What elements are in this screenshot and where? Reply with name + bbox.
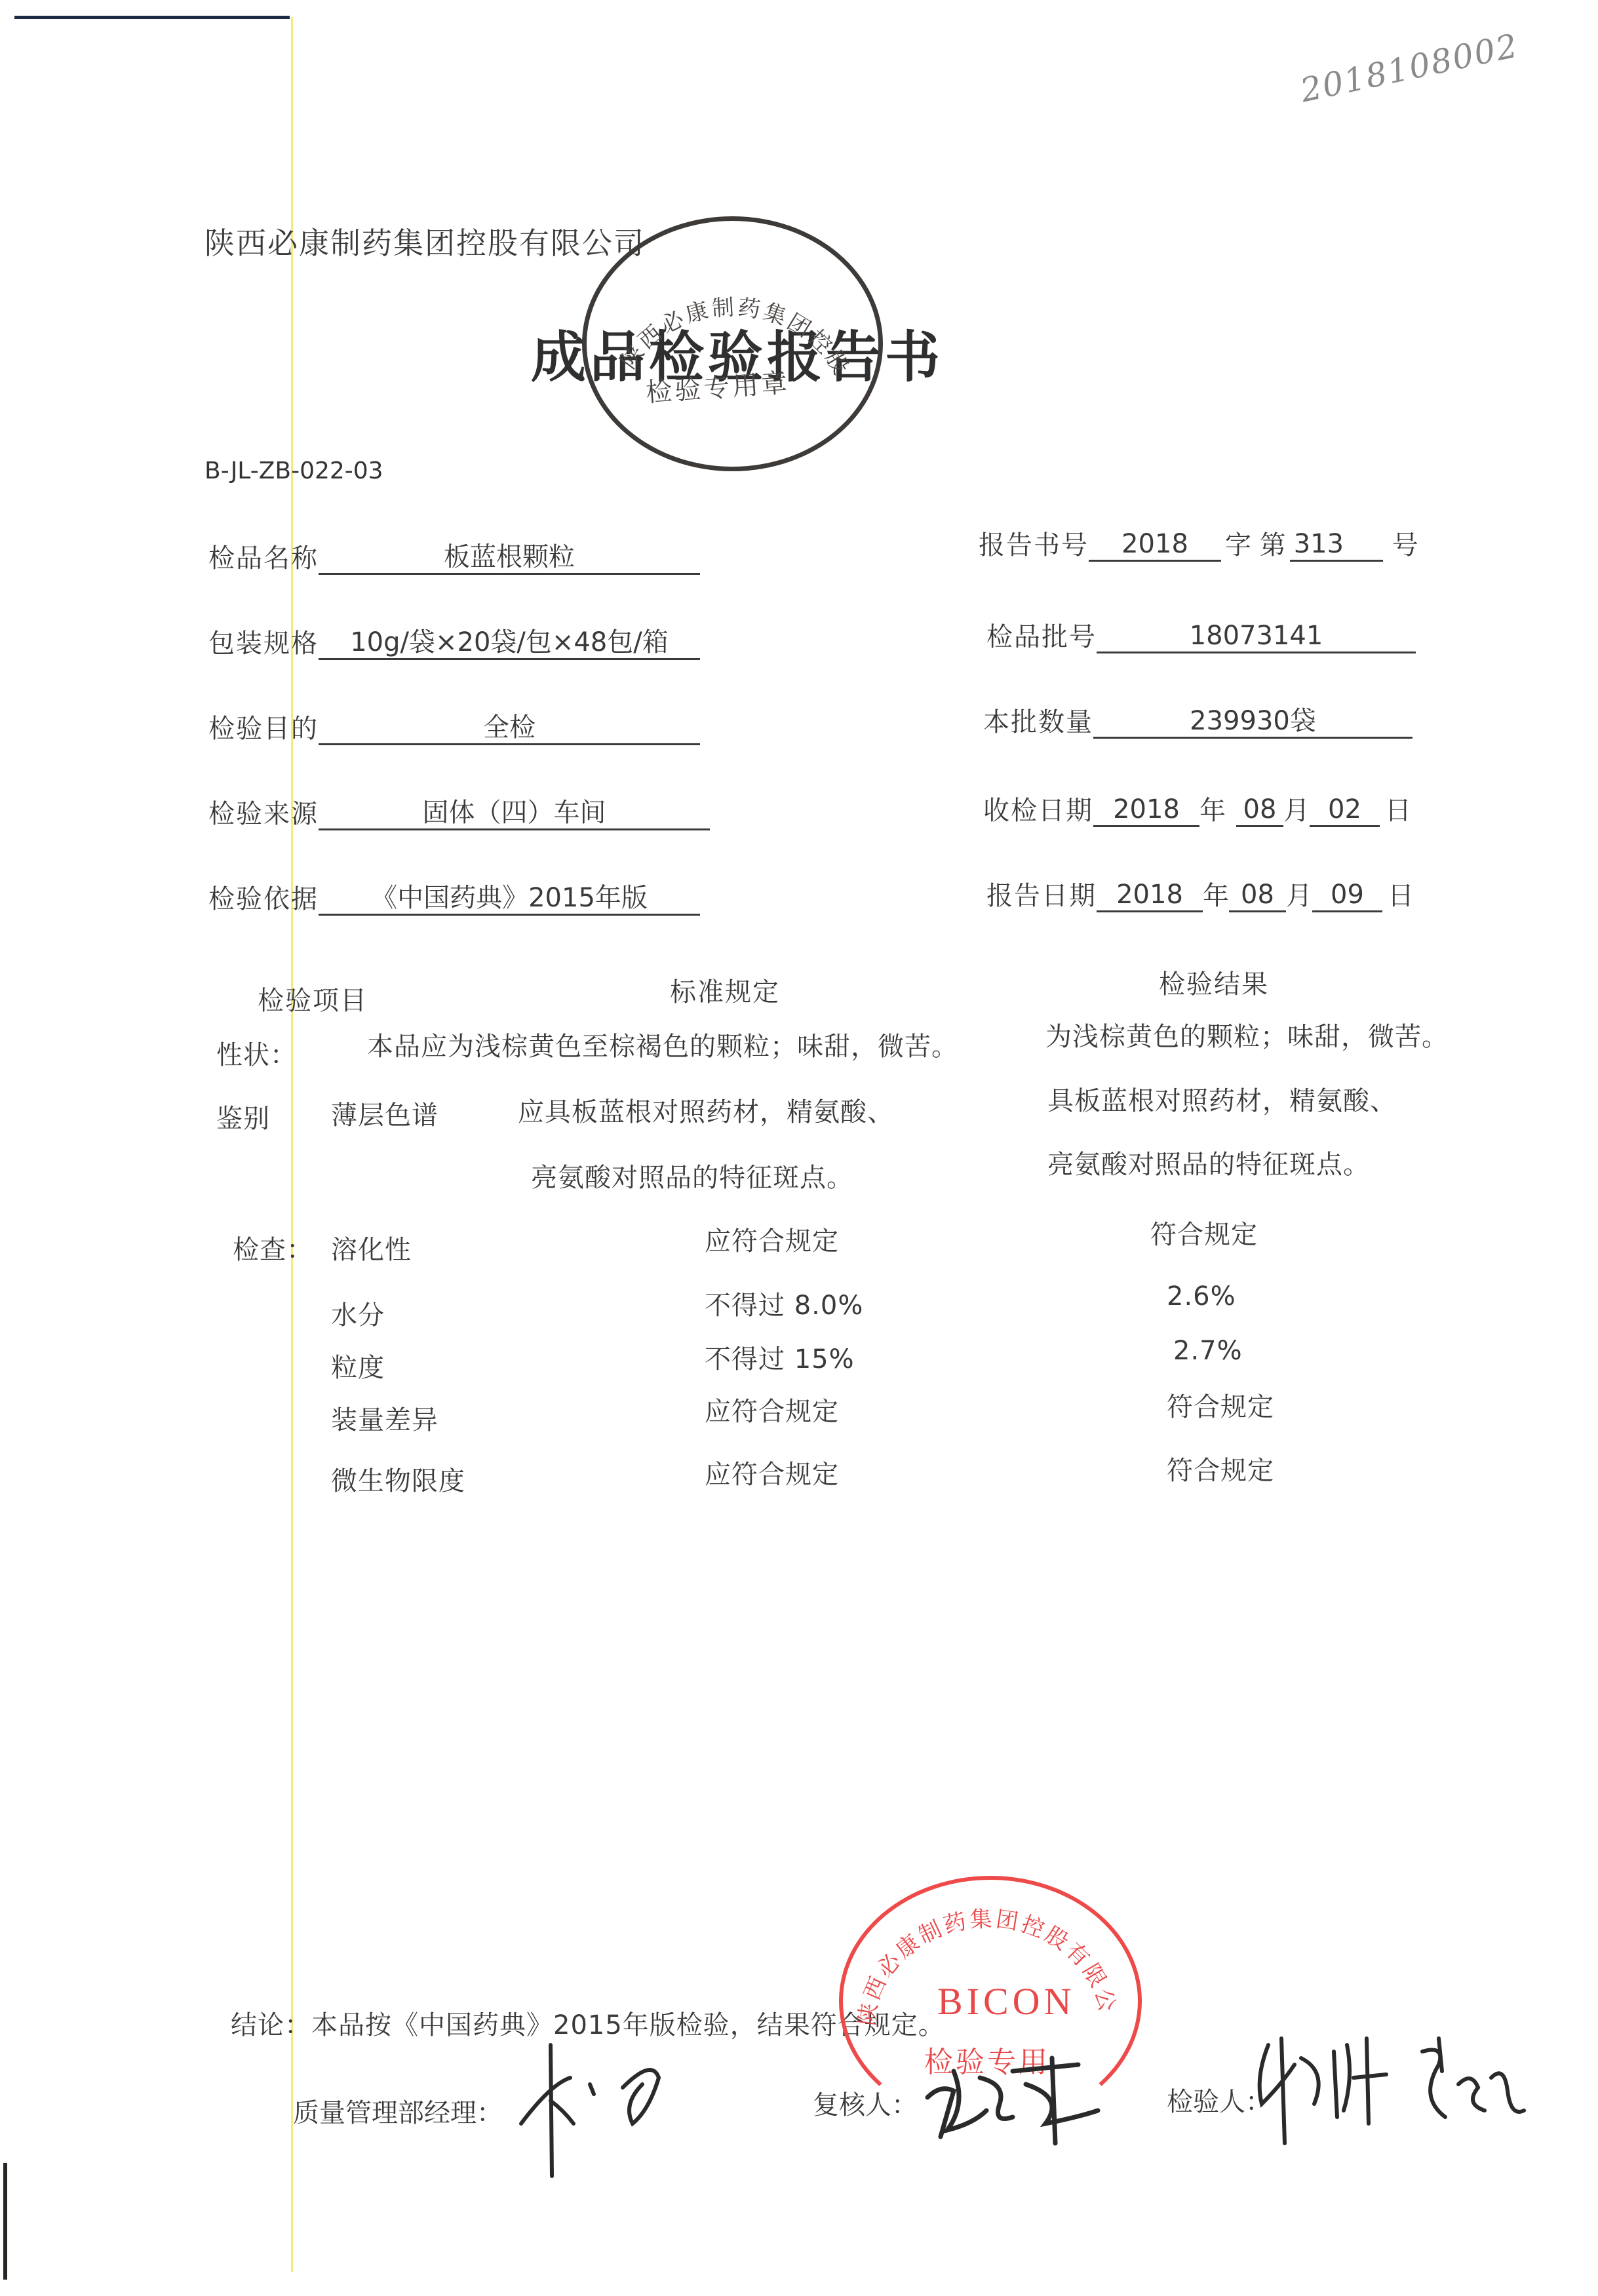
inspection-basis-value: 《中国药典》2015年版	[319, 884, 700, 916]
inspection-result-granularity: 2.7%	[1173, 1336, 1243, 1366]
inspection-result-dissolution: 符合规定	[1150, 1214, 1258, 1251]
identification-standard-line1: 应具板蓝根对照药材，精氨酸、	[518, 1091, 894, 1129]
package-spec-value: 10g/袋×20袋/包×48包/箱	[319, 628, 700, 660]
inspection-result-microbial-limit: 符合规定	[1167, 1450, 1274, 1487]
svg-text:陕西必康制药集团控股有限公司: 陕西必康制药集团控股有限公司	[570, 196, 855, 381]
field-product-name: 检品名称 板蓝根颗粒	[208, 537, 700, 575]
quality-manager-signature	[511, 2038, 695, 2183]
batch-quantity-value: 239930袋	[1093, 707, 1413, 739]
header-result: 检验结果	[1159, 963, 1269, 1001]
inspection-standard-microbial-limit: 应符合规定	[705, 1454, 839, 1491]
identification-standard-line2: 亮氨酸对照品的特征斑点。	[531, 1157, 853, 1194]
inspection-result-moisture: 2.6%	[1167, 1281, 1236, 1312]
inspection-label: 检查：	[233, 1229, 313, 1266]
field-inspection-source: 检验来源 固体（四）车间	[208, 793, 710, 830]
appearance-standard: 本品应为浅棕黄色至棕褐色的颗粒；味甜，微苦。	[367, 1026, 958, 1063]
field-batch-quantity: 本批数量 239930袋	[983, 701, 1413, 739]
scan-left-edge	[3, 2163, 7, 2280]
inspection-standard-dissolution: 应符合规定	[705, 1220, 839, 1258]
field-inspection-purpose: 检验目的 全检	[208, 708, 700, 745]
reviewer-signature	[914, 2045, 1111, 2156]
inspection-item-granularity: 粒度	[331, 1347, 385, 1384]
header-test-item: 检验项目	[258, 980, 368, 1017]
identification-label: 鉴别	[216, 1098, 270, 1135]
inspection-source-value: 固体（四）车间	[319, 798, 710, 830]
conclusion-text: 结论：本品按《中国药典》2015年版检验，结果符合规定。	[231, 2004, 945, 2042]
seal-brand-text: BICON	[937, 1979, 1075, 2023]
field-inspection-basis: 检验依据 《中国药典》2015年版	[208, 878, 700, 916]
scan-yellow-line	[291, 17, 293, 2272]
inspector-signature	[1249, 2025, 1544, 2156]
appearance-label: 性状：	[216, 1034, 297, 1072]
inspection-item-dissolution: 溶化性	[331, 1229, 412, 1266]
product-name-value: 板蓝根颗粒	[319, 543, 700, 575]
header-standard: 标准规定	[670, 971, 780, 1009]
field-batch-number: 检品批号 18073141	[986, 616, 1416, 653]
field-package-spec: 包装规格 10g/袋×20袋/包×48包/箱	[208, 623, 700, 660]
inspection-standard-fill-variation: 应符合规定	[705, 1391, 839, 1428]
seal-ring-text-top: 陕西必康制药集团控股有限公司	[582, 216, 884, 472]
field-report-date: 报告日期 2018 年 08 月 09 日	[986, 875, 1414, 912]
inspection-result-fill-variation: 符合规定	[1167, 1386, 1274, 1424]
inspection-standard-granularity: 不得过 15%	[705, 1338, 855, 1376]
identification-method: 薄层色谱	[331, 1095, 438, 1132]
identification-result-line2: 亮氨酸对照品的特征斑点。	[1047, 1144, 1370, 1181]
scan-top-border	[14, 16, 290, 19]
inspection-item-moisture: 水分	[331, 1294, 385, 1332]
handwritten-archive-number: 2018108002	[1297, 26, 1522, 109]
reviewer-label: 复核人：	[813, 2084, 918, 2122]
inspection-item-microbial-limit: 微生物限度	[331, 1460, 465, 1498]
company-name: 陕西必康制药集团控股有限公司	[205, 220, 645, 263]
batch-number-value: 18073141	[1097, 621, 1416, 653]
identification-result-line1: 具板蓝根对照药材，精氨酸、	[1047, 1080, 1397, 1118]
inspection-standard-moisture: 不得过 8.0%	[705, 1285, 863, 1322]
inspection-item-fill-variation: 装量差异	[331, 1399, 438, 1437]
document-code: B-JL-ZB-022-03	[205, 457, 383, 484]
field-receive-date: 收检日期 2018 年 08 月 02 日	[983, 790, 1411, 827]
quality-manager-label: 质量管理部经理：	[293, 2092, 503, 2130]
inspection-purpose-value: 全检	[319, 713, 700, 745]
field-report-number: 报告书号 2018 字 第 313 号	[979, 524, 1418, 562]
appearance-result: 为浅棕黄色的颗粒；味甜，微苦。	[1045, 1016, 1449, 1053]
